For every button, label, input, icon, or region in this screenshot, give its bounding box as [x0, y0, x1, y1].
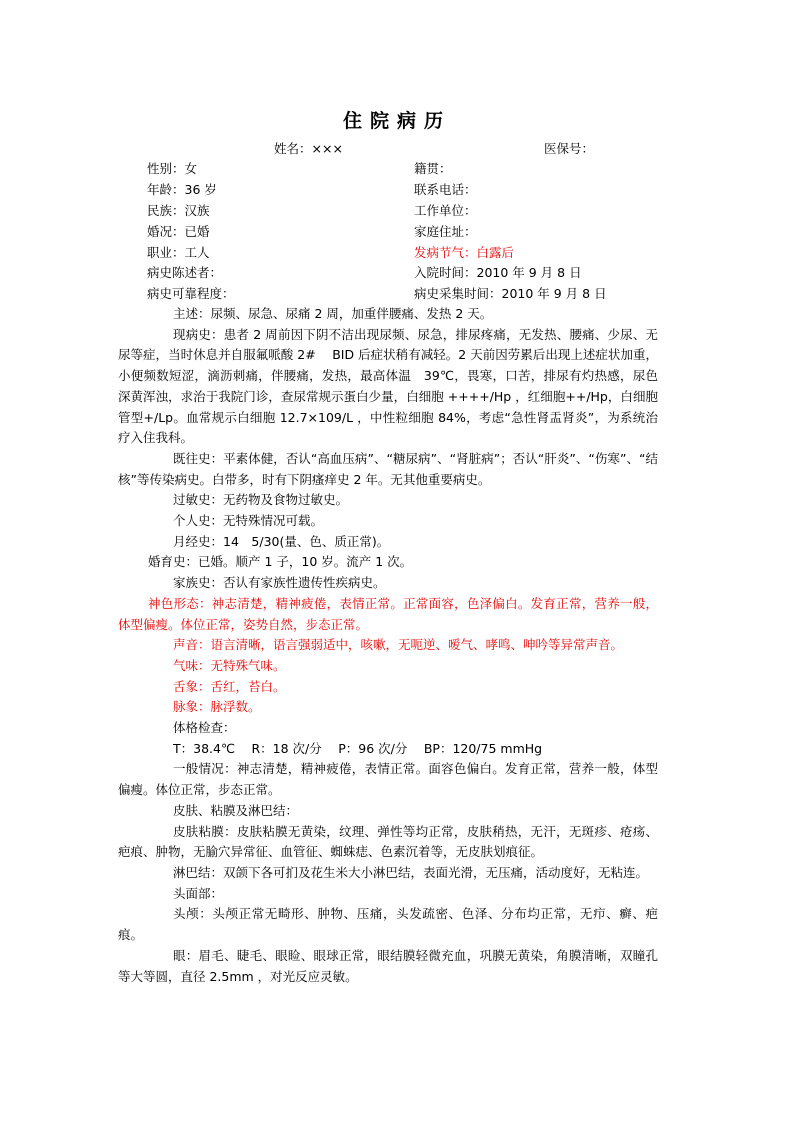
info-reliability: 病史可靠程度： — [147, 286, 235, 302]
info-onset-season: 发病节气：白露后 — [414, 245, 514, 261]
tongue: 舌象：舌红，苔白。 — [118, 677, 658, 698]
info-phone: 联系电话： — [414, 182, 477, 198]
info-marital: 婚况：已婚 — [147, 224, 210, 240]
vital-signs: T：38.4℃ R：18 次/分 P：96 次/分 BP：120/75 mmHg — [118, 739, 658, 760]
info-native-place: 籍贯： — [414, 161, 452, 177]
document-title: 住院病历 — [0, 106, 794, 133]
chief-complaint: 主述：尿频、尿急、尿痛 2 周，加重伴腰痛、发热 2 天。 — [118, 304, 658, 325]
skull: 头颅：头颅正常无畸形、肿物、压痛，头发疏密、色泽、分布均正常，无疖、癣、疤痕。 — [118, 904, 658, 945]
spirit-appearance: 神色形态：神志清楚，精神疲倦，表情正常。正常面容，色泽偏白。发育正常，营养一般，… — [118, 594, 658, 635]
personal-history: 个人史：无特殊情况可载。 — [118, 511, 658, 532]
odor: 气味：无特殊气味。 — [118, 656, 658, 677]
marital-history: 婚育史：已婚。顺产 1 子，10 岁。流产 1 次。 — [118, 552, 658, 573]
eyes: 眼：眉毛、睫毛、眼睑、眼球正常，眼结膜轻微充血，巩膜无黄染，角膜清晰，双瞳孔等大… — [118, 946, 658, 987]
skin-mucosa: 皮肤粘膜：皮肤粘膜无黄染，纹理、弹性等均正常，皮肤稍热，无汗，无斑疹、疮疡、疤痕… — [118, 822, 658, 863]
medical-record-page: 住院病历 姓名：××× 医保号： 性别：女 年龄：36 岁 民族：汉族 婚况：已… — [0, 0, 794, 1123]
record-body: 主述：尿频、尿急、尿痛 2 周，加重伴腰痛、发热 2 天。 现病史：患者 2 周… — [118, 304, 658, 987]
patient-name: 姓名：××× — [274, 141, 343, 157]
family-history: 家族史：否认有家族性遗传性疾病史。 — [118, 573, 658, 594]
info-admission-time: 入院时间：2010 年 9 月 8 日 — [414, 265, 582, 281]
lymph-nodes: 淋巴结：双颌下各可扪及花生米大小淋巴结，表面光滑，无压痛，活动度好，无粘连。 — [118, 863, 658, 884]
present-illness: 现病史：患者 2 周前因下阴不洁出现尿频、尿急，排尿疼痛，无发热、腰痛、少尿、无… — [118, 325, 658, 449]
info-address: 家庭住址： — [414, 224, 477, 240]
info-ethnicity: 民族：汉族 — [147, 203, 210, 219]
info-age: 年龄：36 岁 — [147, 182, 217, 198]
info-collection-time: 病史采集时间：2010 年 9 月 8 日 — [414, 286, 607, 302]
info-occupation: 职业：工人 — [147, 245, 210, 261]
past-history: 既往史：平素体健，否认“高血压病”、“糖尿病”、“肾脏病”；否认“肝炎”、“伤寒… — [118, 449, 658, 490]
insurance-number: 医保号： — [544, 141, 594, 157]
menstrual-history: 月经史：14 5/30(量、色、质正常)。 — [118, 532, 658, 553]
allergy-history: 过敏史：无药物及食物过敏史。 — [118, 490, 658, 511]
general-condition: 一般情况：神志清楚，精神疲倦，表情正常。面容色偏白。发育正常，营养一般，体型偏瘦… — [118, 759, 658, 800]
info-narrator: 病史陈述者： — [147, 265, 222, 281]
head-heading: 头面部： — [118, 884, 658, 905]
skin-heading: 皮肤、粘膜及淋巴结： — [118, 801, 658, 822]
info-gender: 性别：女 — [147, 161, 197, 177]
pulse: 脉象：脉浮数。 — [118, 697, 658, 718]
info-workplace: 工作单位： — [414, 203, 477, 219]
voice: 声音：语言清晰，语言强弱适中，咳嗽，无呃逆、嗳气、哮鸣、呻吟等异常声音。 — [118, 635, 658, 656]
physical-exam-heading: 体格检查： — [118, 718, 658, 739]
